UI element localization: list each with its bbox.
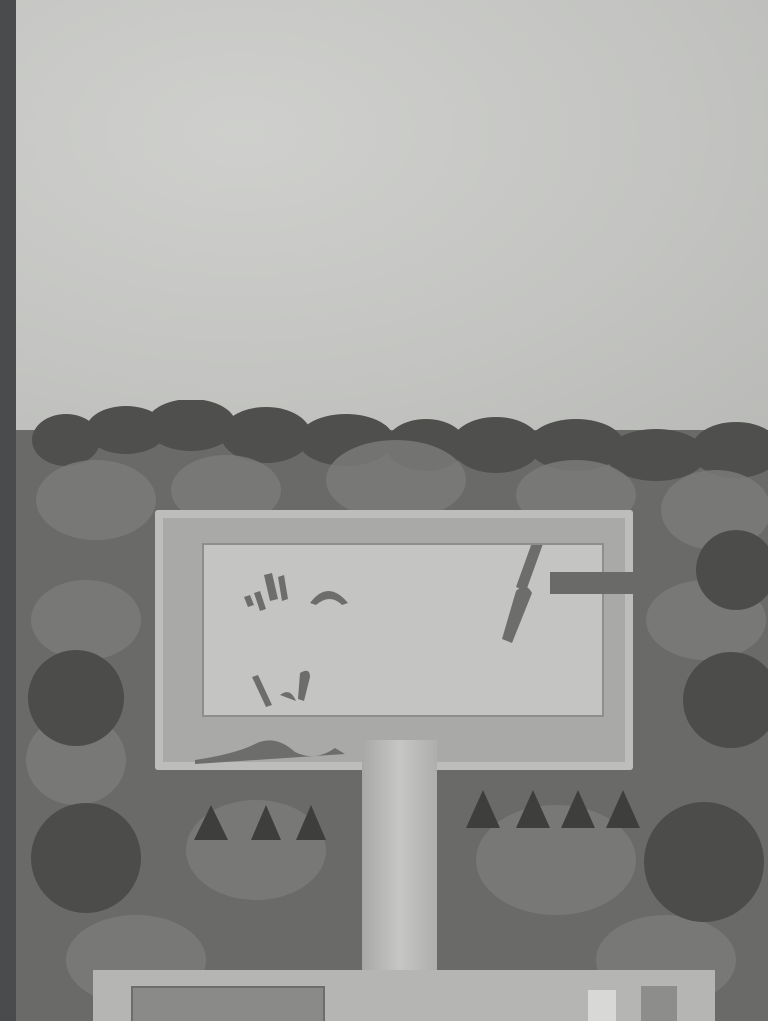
sign-figures	[204, 545, 602, 715]
bench	[93, 970, 715, 1021]
diving-board-bar	[550, 572, 642, 594]
spine-band	[0, 0, 16, 1021]
bench-left-panel	[131, 986, 325, 1021]
diving-sign-panel	[155, 510, 633, 770]
bench-right-panel	[641, 986, 677, 1021]
sign-face	[202, 543, 604, 717]
sign-post	[362, 740, 437, 980]
bench-light-block	[588, 990, 616, 1021]
wave-figure	[195, 738, 355, 768]
sky-background	[16, 0, 768, 440]
